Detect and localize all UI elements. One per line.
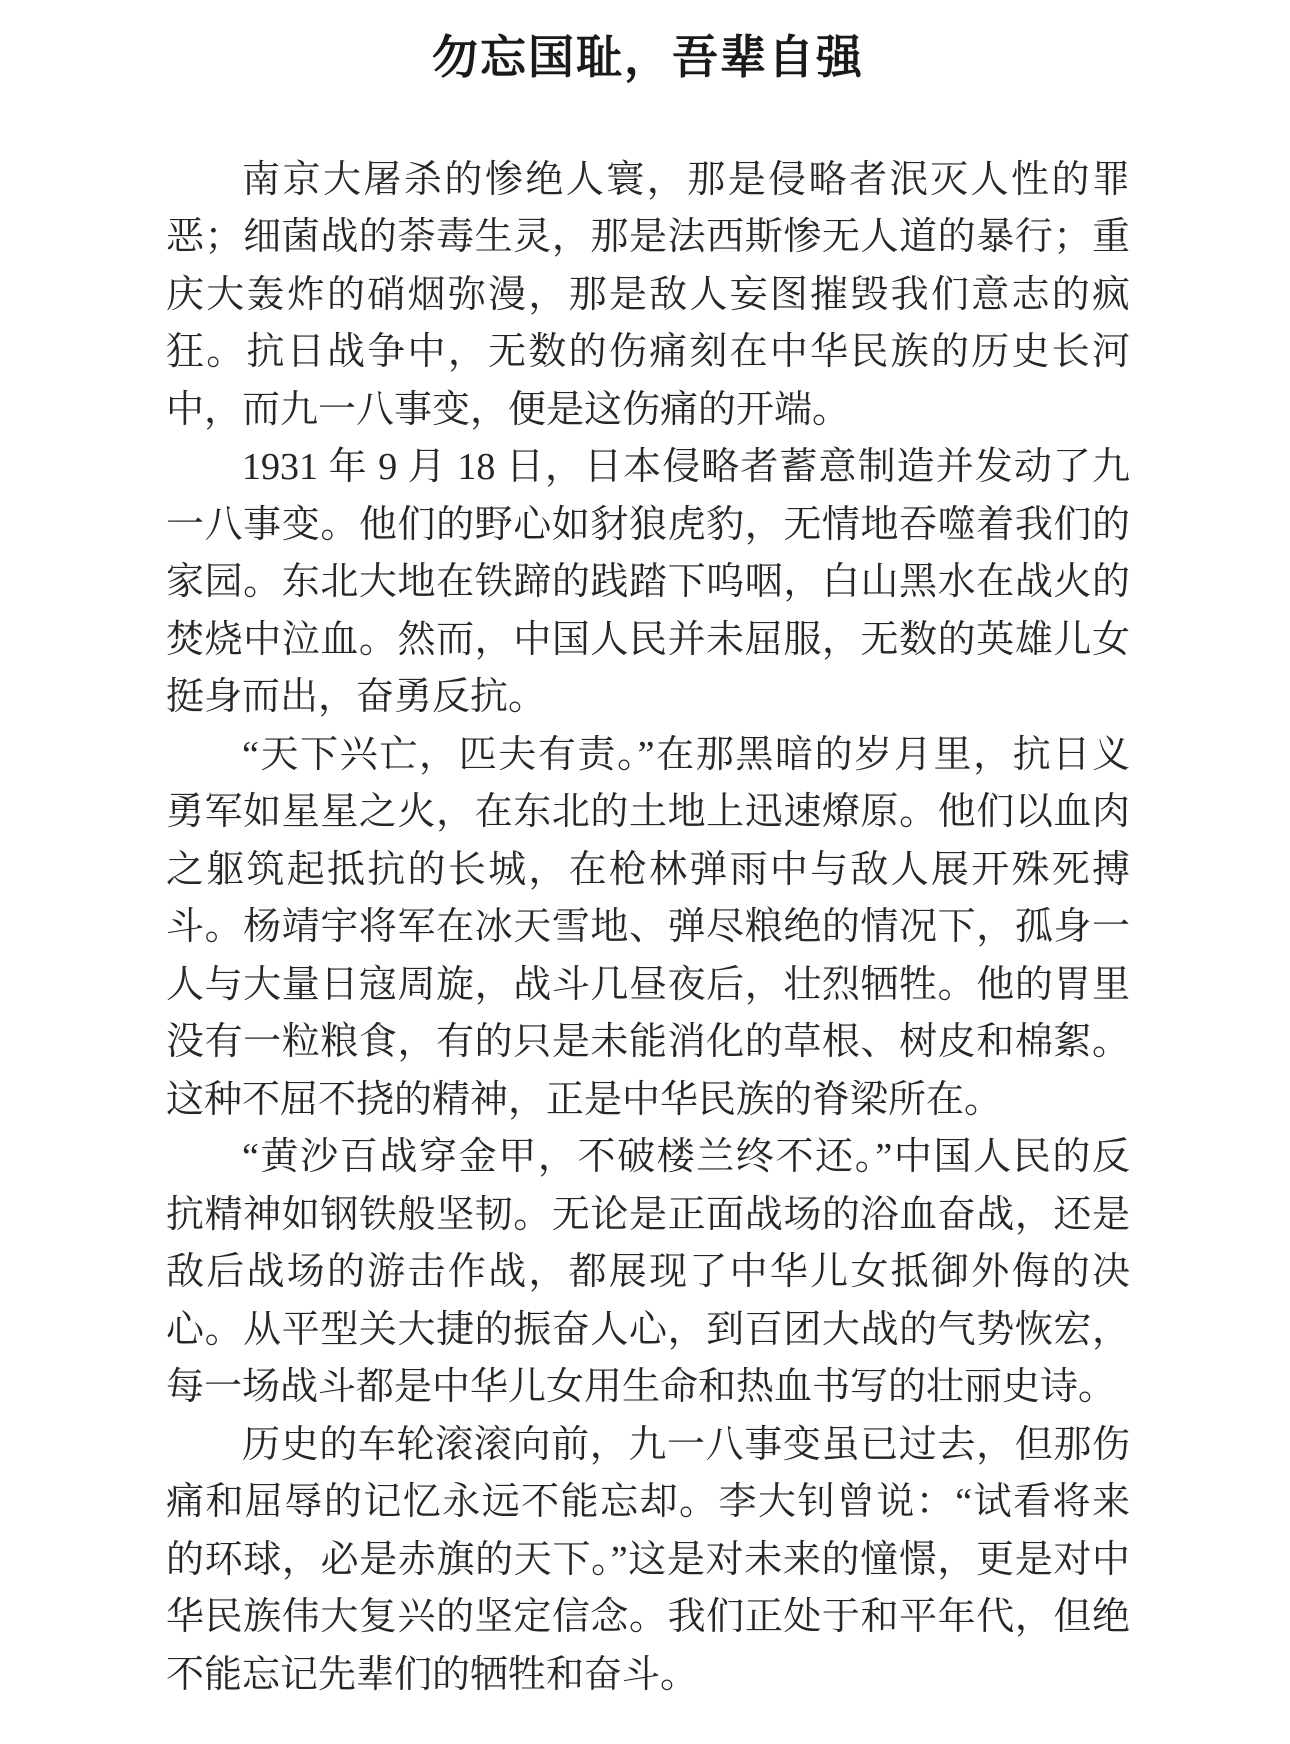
essay-paragraph: “黄沙百战穿金甲，不破楼兰终不还。”中国人民的反抗精神如钢铁般坚韧。无论是正面战… — [166, 1129, 1130, 1417]
document-page: 勿忘国耻，吾辈自强 南京大屠杀的惨绝人寰，那是侵略者泯灭人性的罪恶；细菌战的荼毒… — [0, 0, 1290, 1744]
essay-paragraph: 历史的车轮滚滚向前，九一八事变虽已过去，但那伤痛和屈辱的记忆永远不能忘却。李大钊… — [166, 1417, 1130, 1705]
essay-paragraph: 1931 年 9 月 18 日，日本侵略者蓄意制造并发动了九一八事变。他们的野心… — [166, 439, 1130, 727]
essay-paragraph: 南京大屠杀的惨绝人寰，那是侵略者泯灭人性的罪恶；细菌战的荼毒生灵，那是法西斯惨无… — [166, 152, 1130, 440]
essay-body: 南京大屠杀的惨绝人寰，那是侵略者泯灭人性的罪恶；细菌战的荼毒生灵，那是法西斯惨无… — [166, 152, 1130, 1705]
page-title: 勿忘国耻，吾辈自强 — [166, 28, 1130, 88]
essay-paragraph: “天下兴亡，匹夫有责。”在那黑暗的岁月里，抗日义勇军如星星之火，在东北的土地上迅… — [166, 727, 1130, 1130]
